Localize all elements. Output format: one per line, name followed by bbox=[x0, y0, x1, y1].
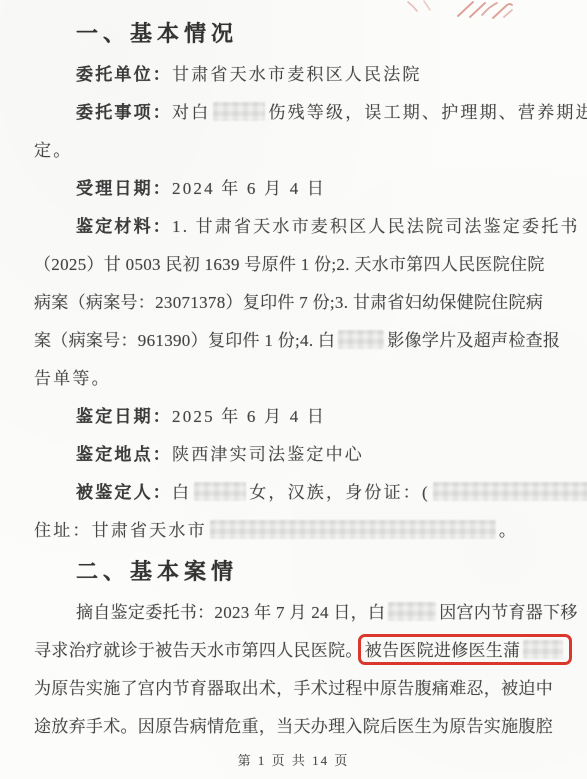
materials-line1: 1. 甘肃省天水市麦积区人民法院司法鉴定委托书 bbox=[172, 217, 580, 236]
redaction-blur bbox=[210, 520, 496, 539]
document-page: 一、基本情况 委托单位：甘肃省天水市麦积区人民法院 委托事项：对白伤残等级，误工… bbox=[0, 0, 587, 779]
entrust-matter-wrap-text: 定。 bbox=[34, 141, 72, 160]
case-line3-text: 为原告实施了宫内节育器取出术，手术过程中原告腹痛难忍，被迫中 bbox=[34, 679, 553, 698]
field-value-accept-date: 2024 年 6 月 4 日 bbox=[172, 179, 326, 198]
materials-line4: 案（病案号：961390）复印件 1 份;4. 白影像学片及超声检查报 bbox=[34, 322, 557, 360]
case-line1-text-after: 因宫内节育器下移 bbox=[439, 603, 577, 622]
materials-line5: 告单等。 bbox=[34, 360, 557, 398]
field-label-entrusting-unit: 委托单位： bbox=[76, 65, 172, 84]
field-appraisal-date: 鉴定日期：2025 年 6 月 4 日 bbox=[34, 398, 557, 436]
materials-line4-text-before: 案（病案号：961390）复印件 1 份;4. 白 bbox=[34, 331, 335, 350]
materials-line4-text-after: 影像学片及超声检查报 bbox=[387, 331, 560, 350]
red-pen-marks-icon bbox=[400, 0, 540, 21]
field-label-materials: 鉴定材料： bbox=[76, 217, 172, 236]
red-highlight-box: 被告医院进修医生蒲 bbox=[363, 641, 571, 660]
address-text-before: 住址：甘肃省天水市 bbox=[34, 521, 207, 540]
section-heading-case-info: 二、基本案情 bbox=[34, 550, 557, 594]
field-label-entrust-matter: 委托事项： bbox=[76, 103, 172, 122]
case-line4-text: 途放弃手术。因原告病情危重，当天办理入院后医生为原告实施腹腔 bbox=[34, 717, 553, 736]
materials-line2: （2025）甘 0503 民初 1639 号原件 1 份;2. 天水市第四人民医… bbox=[34, 246, 557, 284]
field-appraisee: 被鉴定人：白女，汉族，身份证：( bbox=[34, 474, 557, 512]
field-label-accept-date: 受理日期： bbox=[76, 179, 172, 198]
entrust-matter-text-before: 对白 bbox=[172, 103, 210, 122]
materials-line5-text: 告单等。 bbox=[34, 369, 111, 388]
appraisee-info-text: 女，汉族，身份证：( bbox=[249, 483, 430, 502]
field-label-appraisal-place: 鉴定地点： bbox=[76, 445, 172, 464]
field-accept-date: 受理日期：2024 年 6 月 4 日 bbox=[34, 170, 557, 208]
field-entrusting-unit: 委托单位：甘肃省天水市麦积区人民法院 bbox=[34, 56, 557, 94]
case-line3: 为原告实施了宫内节育器取出术，手术过程中原告腹痛难忍，被迫中 bbox=[34, 670, 557, 708]
redaction-blur bbox=[433, 482, 587, 501]
field-label-appraisee: 被鉴定人： bbox=[76, 483, 172, 502]
field-value-entrusting-unit: 甘肃省天水市麦积区人民法院 bbox=[172, 65, 422, 84]
address-text-after: 。 bbox=[499, 521, 518, 540]
materials-line3-text: 病案（病案号：23071378）复印件 7 份;3. 甘肃省妇幼保健院住院病 bbox=[34, 293, 543, 312]
highlighted-text: 被告医院进修医生蒲 bbox=[365, 641, 521, 660]
redaction-blur bbox=[213, 102, 265, 121]
appraisee-name-prefix: 白 bbox=[172, 483, 191, 502]
entrust-matter-wrap-line: 定。 bbox=[34, 132, 557, 170]
redaction-blur bbox=[194, 482, 246, 501]
page-number: 第 1 页 共 14 页 bbox=[0, 750, 587, 769]
case-line2: 寻求治疗就诊于被告天水市第四人民医院。被告医院进修医生蒲 bbox=[34, 632, 557, 670]
field-value-appraisal-place: 陕西津实司法鉴定中心 bbox=[172, 445, 364, 464]
field-label-appraisal-date: 鉴定日期： bbox=[76, 407, 172, 426]
field-appraisal-place: 鉴定地点：陕西津实司法鉴定中心 bbox=[34, 436, 557, 474]
entrust-matter-text-after: 伤残等级，误工期、护理期、营养期进行鉴 bbox=[268, 103, 587, 122]
case-line2-text: 寻求治疗就诊于被告天水市第四人民医院。 bbox=[34, 641, 363, 660]
field-value-appraisal-date: 2025 年 6 月 4 日 bbox=[172, 407, 326, 426]
appraisee-address-line: 住址：甘肃省天水市。 bbox=[34, 512, 557, 550]
materials-line2-text: （2025）甘 0503 民初 1639 号原件 1 份;2. 天水市第四人民医… bbox=[34, 255, 545, 274]
field-entrust-matter: 委托事项：对白伤残等级，误工期、护理期、营养期进行鉴 bbox=[34, 94, 557, 132]
case-line1-text-before: 摘自鉴定委托书：2023 年 7 月 24 日，白 bbox=[76, 603, 385, 622]
redaction-blur bbox=[388, 602, 436, 621]
case-line4: 途放弃手术。因原告病情危重，当天办理入院后医生为原告实施腹腔 bbox=[34, 708, 557, 746]
redaction-blur bbox=[523, 640, 563, 659]
redaction-blur bbox=[338, 330, 384, 349]
case-line1: 摘自鉴定委托书：2023 年 7 月 24 日，白因宫内节育器下移 bbox=[34, 594, 557, 632]
document-body: 一、基本情况 委托单位：甘肃省天水市麦积区人民法院 委托事项：对白伤残等级，误工… bbox=[0, 0, 587, 746]
materials-line3: 病案（病案号：23071378）复印件 7 份;3. 甘肃省妇幼保健院住院病 bbox=[34, 284, 557, 322]
field-materials: 鉴定材料：1. 甘肃省天水市麦积区人民法院司法鉴定委托书 bbox=[34, 208, 557, 246]
